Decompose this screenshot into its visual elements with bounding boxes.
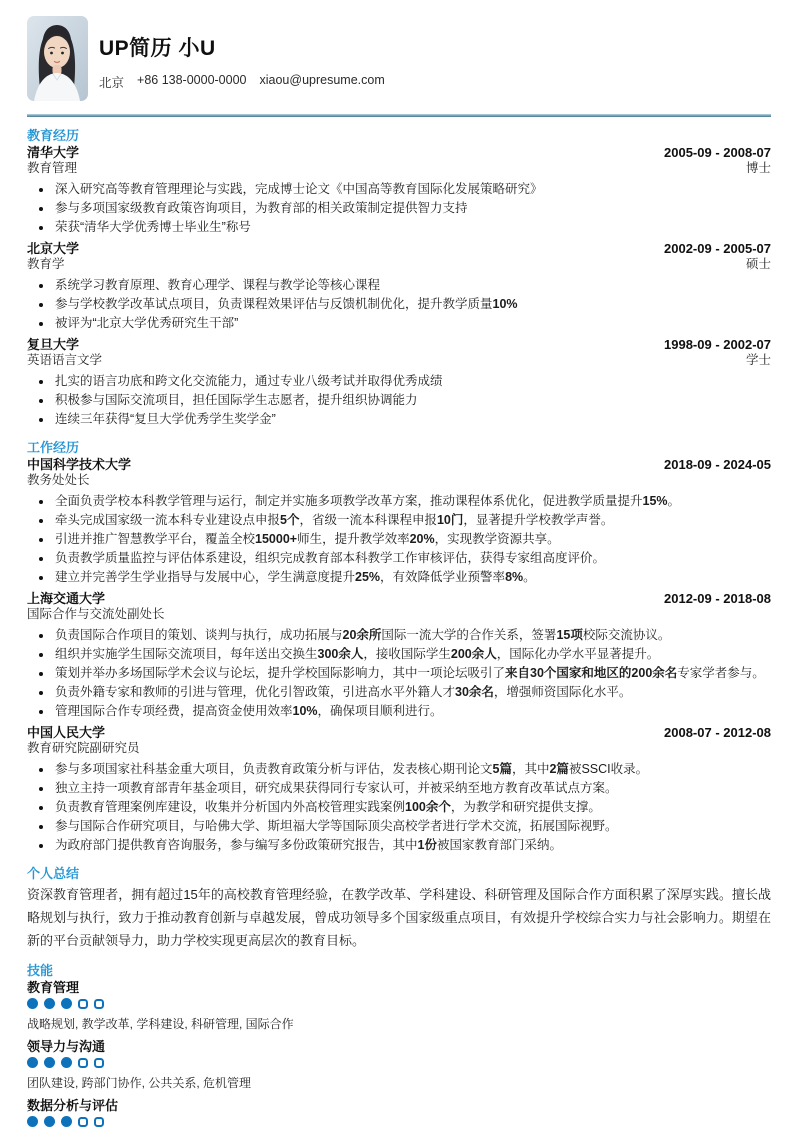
bullet-text: ，确保项目顺利进行。 (318, 704, 443, 718)
bullet-item: 积极参与国际交流项目，担任国际学生志愿者，提升组织协调能力 (27, 391, 771, 410)
entry-left: 中国人民大学 教育研究院副研究员 (27, 725, 140, 755)
bullet-text: 。 (523, 570, 536, 584)
entry-right: 1998-09 - 2002-07 学士 (664, 337, 771, 367)
bullet-text: 扎实的语言功底和跨文化交流能力，通过专业八级考试并取得优秀成绩 (55, 374, 443, 388)
skill-name: 数据分析与评估 (27, 1098, 771, 1113)
major-name: 英语语言文学 (27, 353, 102, 367)
bullet-list: 负责国际合作项目的策划、谈判与执行，成功拓展与20余所国际一流大学的合作关系，签… (27, 626, 771, 721)
entry-right: 2005-09 - 2008-07 博士 (664, 145, 771, 175)
bullet-text: 荣获“清华大学优秀博士毕业生”称号 (55, 220, 251, 234)
skill-level-dots (27, 998, 771, 1009)
skill-dot-empty (78, 1117, 88, 1127)
company-name: 上海交通大学 (27, 591, 165, 606)
resume-page: UP简历 小U 北京 +86 138-0000-0000 xiaou@upres… (0, 0, 799, 1130)
summary-text: 资深教育管理者，拥有超过15年的高校教育管理经验，在教学改革、学科建设、科研管理… (27, 883, 771, 952)
bullet-text: 牵头完成国家级一流本科专业建设点申报 (55, 513, 280, 527)
section-work: 工作经历 中国科学技术大学 教务处处长 2018-09 - 2024-05 全面… (27, 440, 771, 855)
bullet-item: 组织并实施学生国际交流项目，每年送出交换生300余人，接收国际学生200余人，国… (27, 645, 771, 664)
bullet-list: 参与多项国家社科基金重大项目，负责教育政策分析与评估，发表核心期刊论文5篇，其中… (27, 760, 771, 855)
bullet-text: ，省级一流本科课程申报 (299, 513, 437, 527)
bullet-list: 全面负责学校本科教学管理与运行，制定并实施多项教学改革方案，推动课程体系优化，促… (27, 492, 771, 587)
bullet-item: 参与学校教学改革试点项目，负责课程效果评估与反馈机制优化，提升教学质量10% (27, 295, 771, 314)
bullet-text: 负责外籍专家和教师的引进与管理，优化引智政策，引进高水平外籍人才 (55, 685, 455, 699)
bullet-text: 引进并推广智慧教学平台，覆盖全校 (55, 532, 255, 546)
work-section-title: 工作经历 (27, 440, 771, 455)
skills-section-title: 技能 (27, 963, 771, 978)
bullet-metric: 10% (493, 297, 518, 311)
skill-item: 领导力与沟通 团队建设, 跨部门协作, 公共关系, 危机管理 (27, 1039, 771, 1090)
bullet-text: 负责教育管理案例库建设，收集并分析国内外高校管理实践案例 (55, 800, 405, 814)
bullet-list: 扎实的语言功底和跨文化交流能力，通过专业八级考试并取得优秀成绩积极参与国际交流项… (27, 372, 771, 429)
entry-left: 清华大学 教育管理 (27, 145, 79, 175)
major-name: 教育管理 (27, 161, 79, 175)
education-entry: 北京大学 教育学 2002-09 - 2005-07 硕士 系统学习教育原理、教… (27, 241, 771, 333)
bullet-text: 参与学校教学改革试点项目，负责课程效果评估与反馈机制优化，提升教学质量 (55, 297, 493, 311)
bullet-text: 参与多项国家级教育政策咨询项目，为教育部的相关政策制定提供智力支持 (55, 201, 468, 215)
bullet-metric: 1份 (418, 838, 437, 852)
bullet-metric: 10门 (437, 513, 463, 527)
bullet-item: 负责外籍专家和教师的引进与管理，优化引智政策，引进高水平外籍人才30余名，增强师… (27, 683, 771, 702)
entry-left: 复旦大学 英语语言文学 (27, 337, 102, 367)
bullet-text: 连续三年获得“复旦大学优秀学生奖学金” (55, 412, 276, 426)
bullet-item: 连续三年获得“复旦大学优秀学生奖学金” (27, 410, 771, 429)
phone-text: +86 138-0000-0000 (137, 73, 246, 91)
bullet-metric: 300余人 (318, 647, 364, 661)
bullet-text: 积极参与国际交流项目，担任国际学生志愿者，提升组织协调能力 (55, 393, 418, 407)
bullet-item: 扎实的语言功底和跨文化交流能力，通过专业八级考试并取得优秀成绩 (27, 372, 771, 391)
bullet-metric: 15000+ (255, 532, 297, 546)
bullet-text: 策划并举办多场国际学术会议与论坛，提升学校国际影响力，其中一项论坛吸引了 (55, 666, 505, 680)
bullet-metric: 15% (643, 494, 668, 508)
entry-head: 北京大学 教育学 2002-09 - 2005-07 硕士 (27, 241, 771, 271)
skill-dot-filled (27, 1116, 38, 1127)
bullet-text: ，有效降低学业预警率 (380, 570, 505, 584)
work-entry: 上海交通大学 国际合作与交流处副处长 2012-09 - 2018-08 负责国… (27, 591, 771, 721)
skill-level-dots (27, 1116, 771, 1127)
bullet-metric: 10% (293, 704, 318, 718)
date-range: 1998-09 - 2002-07 (664, 337, 771, 352)
bullet-text: 负责国际合作项目的策划、谈判与执行，成功拓展与 (55, 628, 343, 642)
bullet-text: 组织并实施学生国际交流项目，每年送出交换生 (55, 647, 318, 661)
entry-right: 2002-09 - 2005-07 硕士 (664, 241, 771, 271)
bullet-text: 建立并完善学生学业指导与发展中心，学生满意度提升 (55, 570, 355, 584)
bullet-text: 国际一流大学的合作关系，签署 (381, 628, 556, 642)
entry-right: 2018-09 - 2024-05 (664, 457, 771, 472)
bullet-metric: 5篇 (493, 762, 512, 776)
skill-keywords: 团队建设, 跨部门协作, 公共关系, 危机管理 (27, 1076, 771, 1090)
bullet-text: ，增强师资国际化水平。 (494, 685, 632, 699)
bullet-item: 负责教学质量监控与评估体系建设，组织完成教育部本科教学工作审核评估，获得专家组高… (27, 549, 771, 568)
skill-keywords: 战略规划, 教学改革, 学科建设, 科研管理, 国际合作 (27, 1017, 771, 1031)
bullet-item: 参与多项国家级教育政策咨询项目，为教育部的相关政策制定提供智力支持 (27, 199, 771, 218)
position-title: 教务处处长 (27, 473, 131, 487)
bullet-item: 策划并举办多场国际学术会议与论坛，提升学校国际影响力，其中一项论坛吸引了来自30… (27, 664, 771, 683)
school-name: 清华大学 (27, 145, 79, 160)
date-range: 2002-09 - 2005-07 (664, 241, 771, 256)
school-name: 北京大学 (27, 241, 79, 256)
work-entry: 中国人民大学 教育研究院副研究员 2008-07 - 2012-08 参与多项国… (27, 725, 771, 855)
bullet-metric: 100余个 (405, 800, 451, 814)
skill-dot-filled (61, 1116, 72, 1127)
bullet-text: ，为教学和研究提供支撑。 (451, 800, 601, 814)
bullet-text: 全面负责学校本科教学管理与运行，制定并实施多项教学改革方案，推动课程体系优化，促… (55, 494, 643, 508)
bullet-item: 引进并推广智慧教学平台，覆盖全校15000+师生，提升教学效率20%，实现教学资… (27, 530, 771, 549)
date-range: 2005-09 - 2008-07 (664, 145, 771, 160)
skill-dot-filled (61, 998, 72, 1009)
skill-dot-filled (27, 998, 38, 1009)
bullet-text: 师生，提升教学效率 (297, 532, 410, 546)
bullet-item: 被评为“北京大学优秀研究生干部” (27, 314, 771, 333)
skill-dot-empty (94, 999, 104, 1009)
bullet-metric: 20余所 (343, 628, 382, 642)
bullet-text: 负责教学质量监控与评估体系建设，组织完成教育部本科教学工作审核评估，获得专家组高… (55, 551, 605, 565)
bullet-item: 参与国际合作研究项目，与哈佛大学、斯坦福大学等国际顶尖高校学者进行学术交流，拓展… (27, 817, 771, 836)
bullet-text: 校际交流协议。 (583, 628, 671, 642)
work-entry: 中国科学技术大学 教务处处长 2018-09 - 2024-05 全面负责学校本… (27, 457, 771, 587)
degree-label: 硕士 (664, 257, 771, 271)
bullet-item: 全面负责学校本科教学管理与运行，制定并实施多项教学改革方案，推动课程体系优化，促… (27, 492, 771, 511)
bullet-metric: 来自30个国家和地区的200余名 (505, 666, 677, 680)
section-summary: 个人总结 资深教育管理者，拥有超过15年的高校教育管理经验，在教学改革、学科建设… (27, 866, 771, 952)
bullet-text: 管理国际合作专项经费，提高资金使用效率 (55, 704, 293, 718)
skill-level-dots (27, 1057, 771, 1068)
position-title: 国际合作与交流处副处长 (27, 607, 165, 621)
skill-dot-filled (27, 1057, 38, 1068)
company-name: 中国人民大学 (27, 725, 140, 740)
skill-dot-filled (44, 1057, 55, 1068)
section-education: 教育经历 清华大学 教育管理 2005-09 - 2008-07 博士 深入研究… (27, 128, 771, 429)
entry-right: 2012-09 - 2018-08 (664, 591, 771, 606)
bullet-text: 被评为“北京大学优秀研究生干部” (55, 316, 238, 330)
bullet-text: 参与国际合作研究项目，与哈佛大学、斯坦福大学等国际顶尖高校学者进行学术交流，拓展… (55, 819, 618, 833)
skill-dot-empty (94, 1058, 104, 1068)
entry-head: 复旦大学 英语语言文学 1998-09 - 2002-07 学士 (27, 337, 771, 367)
bullet-text: ，其中 (512, 762, 550, 776)
date-range: 2008-07 - 2012-08 (664, 725, 771, 740)
profile-photo (27, 16, 88, 101)
header-info: UP简历 小U 北京 +86 138-0000-0000 xiaou@upres… (99, 16, 385, 91)
degree-label: 博士 (664, 161, 771, 175)
bullet-item: 负责教育管理案例库建设，收集并分析国内外高校管理实践案例100余个，为教学和研究… (27, 798, 771, 817)
bullet-text: 被国家教育部门采纳。 (437, 838, 562, 852)
bullet-text: 。 (668, 494, 681, 508)
bullet-text: ，国际化办学水平显著提升。 (497, 647, 660, 661)
header-divider (27, 114, 771, 117)
education-entry: 复旦大学 英语语言文学 1998-09 - 2002-07 学士 扎实的语言功底… (27, 337, 771, 429)
skill-dot-filled (44, 998, 55, 1009)
summary-section-title: 个人总结 (27, 866, 771, 881)
entry-left: 北京大学 教育学 (27, 241, 79, 271)
bullet-text: 参与多项国家社科基金重大项目，负责教育政策分析与评估，发表核心期刊论文 (55, 762, 493, 776)
skill-item: 教育管理 战略规划, 教学改革, 学科建设, 科研管理, 国际合作 (27, 980, 771, 1031)
skill-dot-empty (94, 1117, 104, 1127)
date-range: 2018-09 - 2024-05 (664, 457, 771, 472)
bullet-metric: 8% (505, 570, 523, 584)
major-name: 教育学 (27, 257, 79, 271)
entry-head: 中国人民大学 教育研究院副研究员 2008-07 - 2012-08 (27, 725, 771, 755)
skill-dot-empty (78, 1058, 88, 1068)
degree-label: 学士 (664, 353, 771, 367)
bullet-text: 为政府部门提供教育咨询服务，参与编写多份政策研究报告，其中 (55, 838, 418, 852)
entry-head: 上海交通大学 国际合作与交流处副处长 2012-09 - 2018-08 (27, 591, 771, 621)
bullet-text: 独立主持一项教育部青年基金项目，研究成果获得同行专家认可，并被采纳至地方教育改革… (55, 781, 618, 795)
bullet-metric: 2篇 (549, 762, 568, 776)
contact-line: 北京 +86 138-0000-0000 xiaou@upresume.com (99, 73, 385, 91)
location-text: 北京 (99, 73, 124, 91)
bullet-item: 深入研究高等教育管理理论与实践，完成博士论文《中国高等教育国际化发展策略研究》 (27, 180, 771, 199)
bullet-metric: 30余名 (455, 685, 494, 699)
bullet-text: 深入研究高等教育管理理论与实践，完成博士论文《中国高等教育国际化发展策略研究》 (55, 182, 543, 196)
entry-left: 上海交通大学 国际合作与交流处副处长 (27, 591, 165, 621)
bullet-metric: 25% (355, 570, 380, 584)
bullet-item: 独立主持一项教育部青年基金项目，研究成果获得同行专家认可，并被采纳至地方教育改革… (27, 779, 771, 798)
bullet-list: 深入研究高等教育管理理论与实践，完成博士论文《中国高等教育国际化发展策略研究》参… (27, 180, 771, 237)
entry-head: 中国科学技术大学 教务处处长 2018-09 - 2024-05 (27, 457, 771, 487)
school-name: 复旦大学 (27, 337, 102, 352)
bullet-item: 建立并完善学生学业指导与发展中心，学生满意度提升25%，有效降低学业预警率8%。 (27, 568, 771, 587)
skills-list: 教育管理 战略规划, 教学改革, 学科建设, 科研管理, 国际合作 领导力与沟通… (27, 980, 771, 1127)
email-text: xiaou@upresume.com (260, 73, 385, 91)
education-section-title: 教育经历 (27, 128, 771, 143)
bullet-text: 系统学习教育原理、教育心理学、课程与教学论等核心课程 (55, 278, 380, 292)
bullet-item: 参与多项国家社科基金重大项目，负责教育政策分析与评估，发表核心期刊论文5篇，其中… (27, 760, 771, 779)
bullet-item: 为政府部门提供教育咨询服务，参与编写多份政策研究报告，其中1份被国家教育部门采纳… (27, 836, 771, 855)
bullet-metric: 200余人 (451, 647, 497, 661)
bullet-text: 专家学者参与。 (677, 666, 765, 680)
skill-dot-filled (61, 1057, 72, 1068)
skill-item: 数据分析与评估 (27, 1098, 771, 1127)
position-title: 教育研究院副研究员 (27, 741, 140, 755)
person-name: UP简历 小U (99, 32, 385, 62)
bullet-item: 负责国际合作项目的策划、谈判与执行，成功拓展与20余所国际一流大学的合作关系，签… (27, 626, 771, 645)
skill-dot-empty (78, 999, 88, 1009)
bullet-text: ，实现教学资源共享。 (435, 532, 560, 546)
bullet-item: 系统学习教育原理、教育心理学、课程与教学论等核心课程 (27, 276, 771, 295)
bullet-text: ，显著提升学校教学声誉。 (463, 513, 613, 527)
bullet-metric: 20% (410, 532, 435, 546)
bullet-item: 荣获“清华大学优秀博士毕业生”称号 (27, 218, 771, 237)
skill-name: 领导力与沟通 (27, 1039, 771, 1054)
skill-dot-filled (44, 1116, 55, 1127)
bullet-item: 管理国际合作专项经费，提高资金使用效率10%，确保项目顺利进行。 (27, 702, 771, 721)
portrait-illustration (27, 16, 88, 101)
date-range: 2012-09 - 2018-08 (664, 591, 771, 606)
work-list: 中国科学技术大学 教务处处长 2018-09 - 2024-05 全面负责学校本… (27, 457, 771, 855)
resume-header: UP简历 小U 北京 +86 138-0000-0000 xiaou@upres… (27, 16, 771, 101)
education-list: 清华大学 教育管理 2005-09 - 2008-07 博士 深入研究高等教育管… (27, 145, 771, 429)
bullet-text: 被SSCI收录。 (569, 762, 648, 776)
entry-head: 清华大学 教育管理 2005-09 - 2008-07 博士 (27, 145, 771, 175)
education-entry: 清华大学 教育管理 2005-09 - 2008-07 博士 深入研究高等教育管… (27, 145, 771, 237)
bullet-text: ，接收国际学生 (363, 647, 451, 661)
entry-left: 中国科学技术大学 教务处处长 (27, 457, 131, 487)
skill-name: 教育管理 (27, 980, 771, 995)
company-name: 中国科学技术大学 (27, 457, 131, 472)
bullet-metric: 5个 (280, 513, 299, 527)
bullet-metric: 15项 (556, 628, 582, 642)
section-skills: 技能 教育管理 战略规划, 教学改革, 学科建设, 科研管理, 国际合作 领导力… (27, 963, 771, 1127)
bullet-list: 系统学习教育原理、教育心理学、课程与教学论等核心课程参与学校教学改革试点项目，负… (27, 276, 771, 333)
bullet-item: 牵头完成国家级一流本科专业建设点申报5个，省级一流本科课程申报10门，显著提升学… (27, 511, 771, 530)
entry-right: 2008-07 - 2012-08 (664, 725, 771, 740)
